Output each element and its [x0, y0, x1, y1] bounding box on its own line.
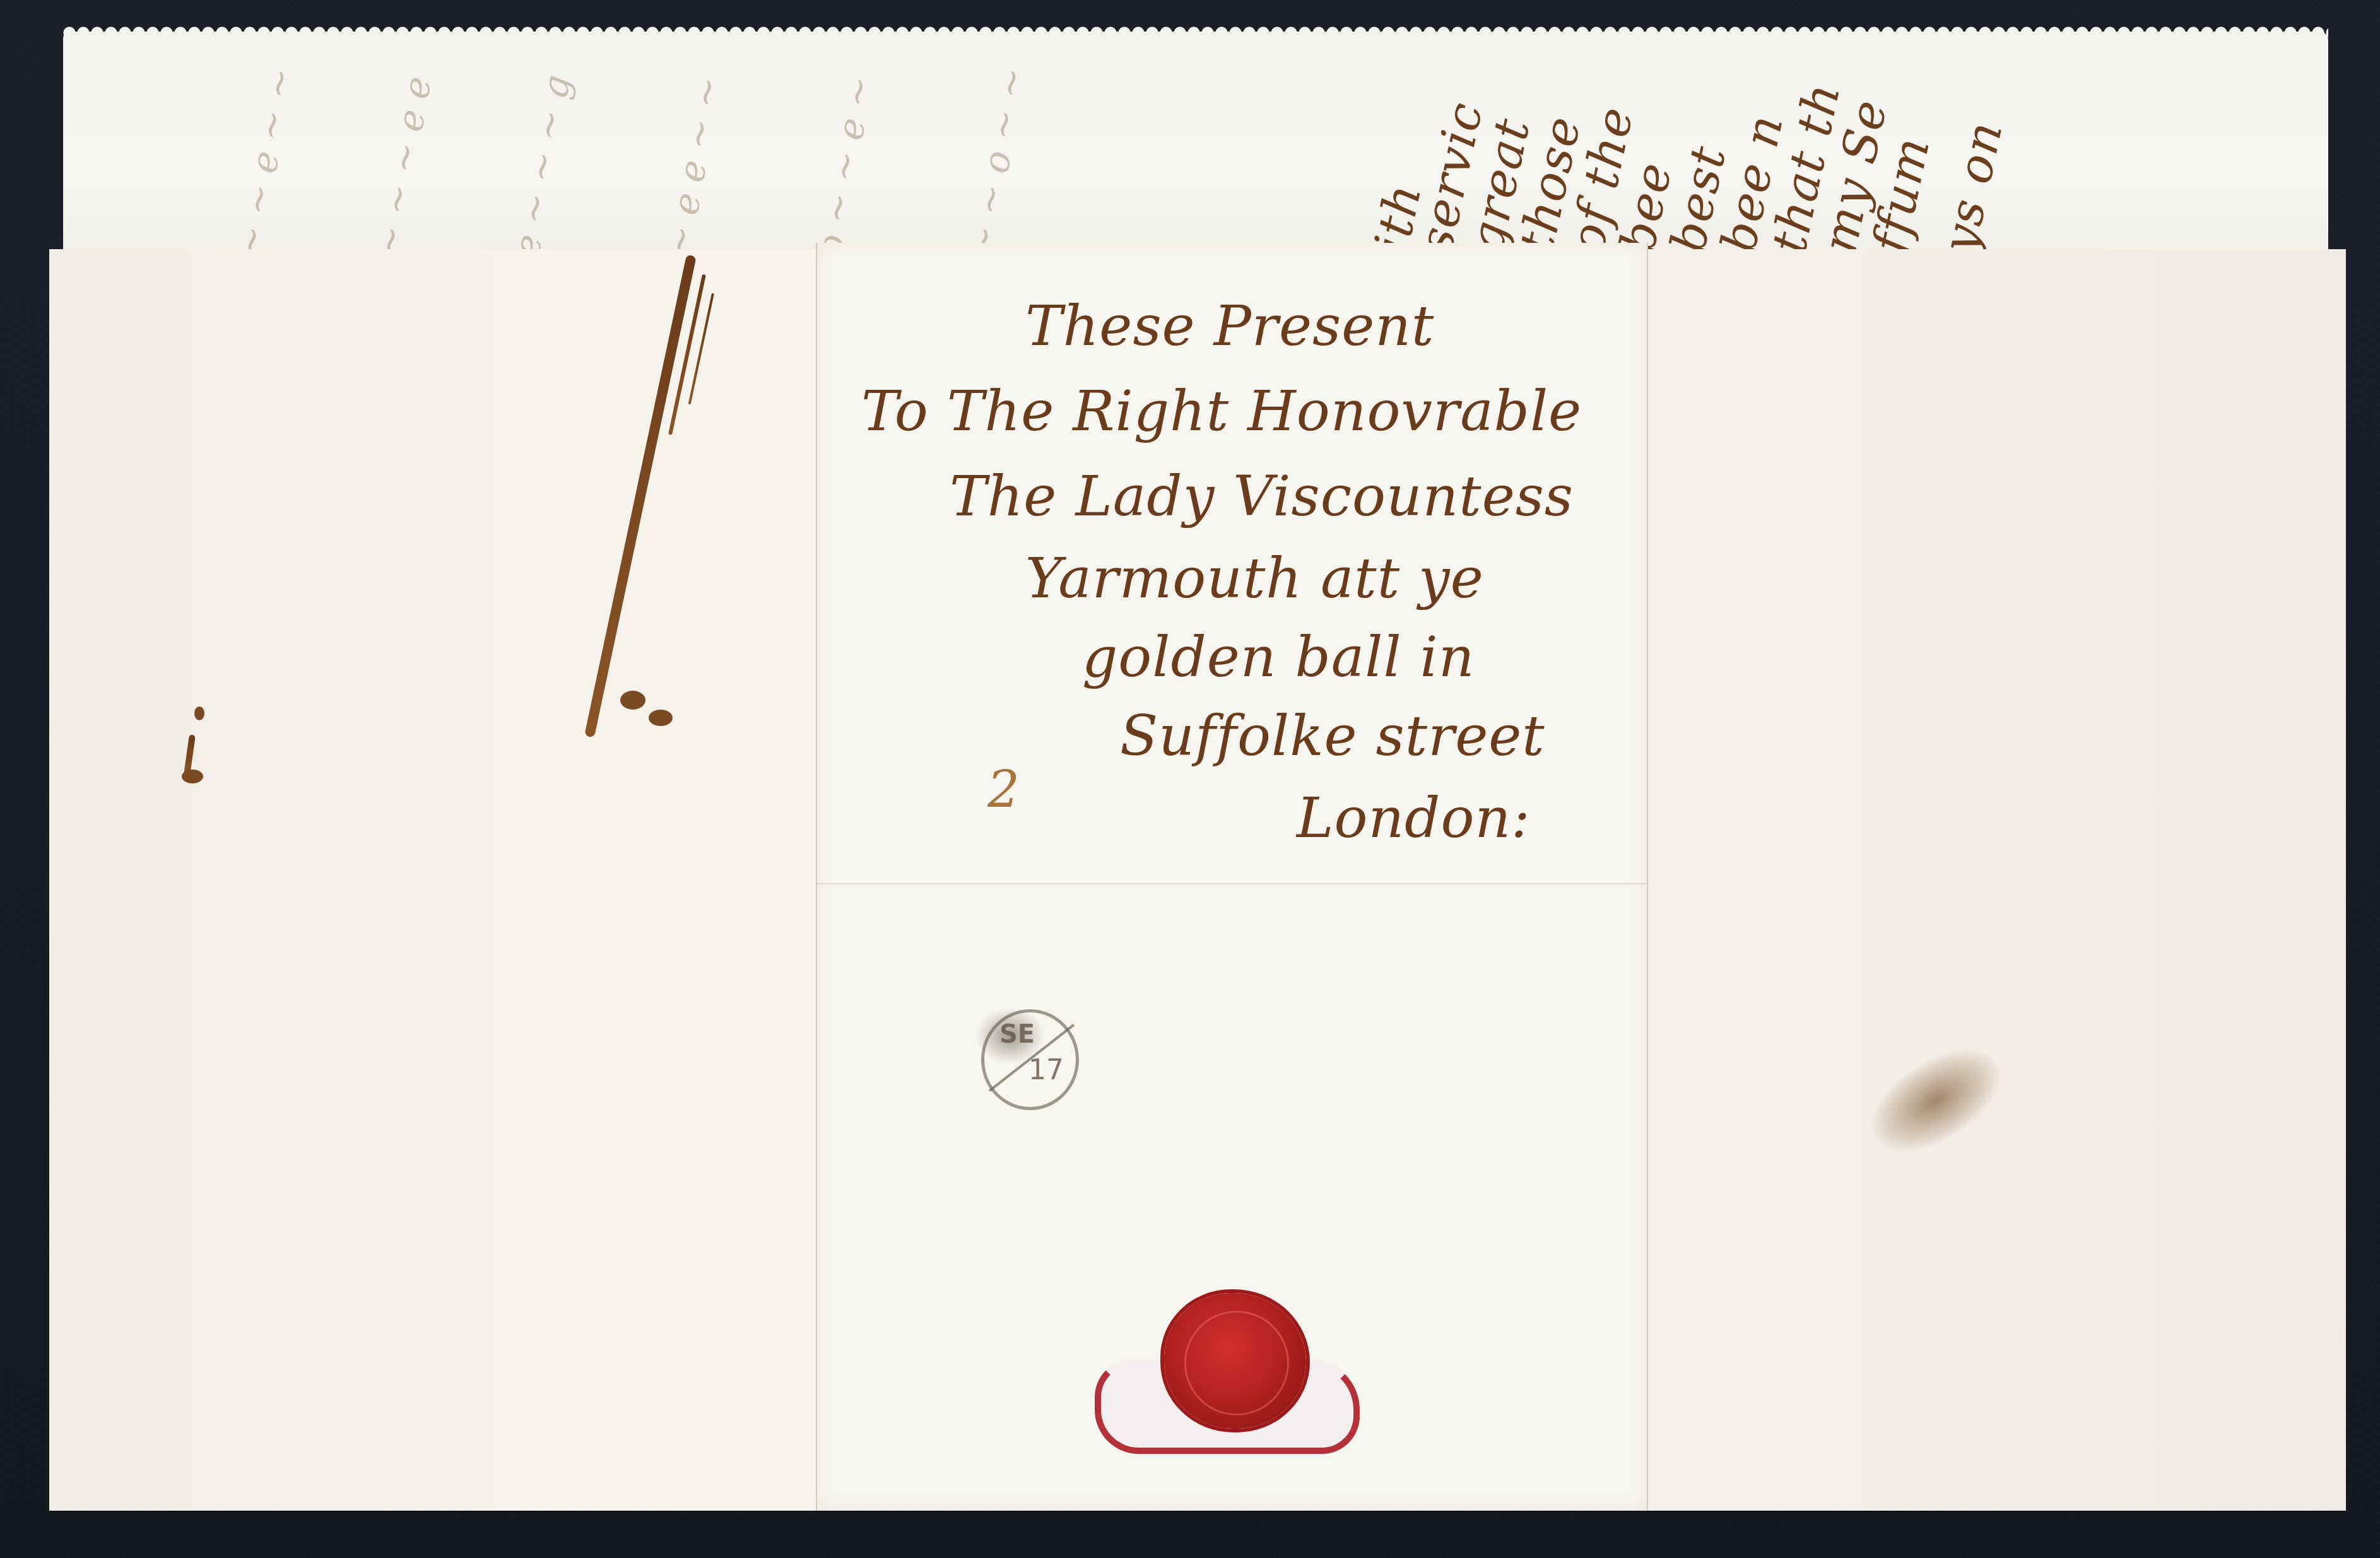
- address-line-superscription: These Present: [1025, 293, 1434, 358]
- address-line-street: Suffolke street: [1120, 703, 1545, 768]
- top-flap-page: ~ ~ e ~ ~ ~ ~ ~ e e e ~ ~ ~ g ~ e e ~ ~ …: [63, 32, 2328, 274]
- postmark-month: SE: [999, 1020, 1035, 1049]
- ink-mark: [194, 706, 204, 720]
- ghost-text-line: e ~ ~ ~ g: [505, 71, 579, 259]
- horizontal-fold-line: [817, 883, 1647, 886]
- ink-mark: [182, 770, 203, 783]
- left-fold-panel: [49, 249, 819, 1511]
- letter-cover: These Present To The Right Honovrable Th…: [49, 249, 2346, 1511]
- ghost-text-line: o ~ ~ e ~: [808, 73, 881, 260]
- flap-text-line: ys on: [1931, 116, 2013, 258]
- address-panel: These Present To The Right Honovrable Th…: [816, 243, 1648, 1511]
- ghost-text-line: ~ e e ~ ~: [656, 73, 730, 260]
- postage-annotation: 2: [987, 760, 1020, 819]
- ink-blot: [620, 691, 645, 710]
- wax-seal-impression: [1164, 1293, 1306, 1429]
- postmark-day: 17: [1028, 1054, 1064, 1086]
- ghost-text-line: ~ ~ o ~ ~: [959, 64, 1035, 260]
- address-line-recipient: The Lady Viscountess: [950, 464, 1574, 529]
- bishop-mark-postmark: SE 17: [981, 1009, 1079, 1110]
- ghost-text-line: ~ ~ ~ e e: [366, 73, 440, 260]
- address-line-location: golden ball in: [1082, 624, 1475, 689]
- ink-blot: [649, 710, 673, 726]
- ghost-text-line: ~ ~ e ~ ~: [227, 64, 302, 260]
- address-line-title: To The Right Honovrable: [861, 378, 1582, 443]
- address-line-recipient-2: Yarmouth att ye: [1025, 546, 1484, 611]
- wax-seal: [1145, 1284, 1328, 1448]
- address-line-city: London:: [1297, 785, 1531, 850]
- ink-stroke: [584, 254, 697, 737]
- ink-stroke: [688, 293, 714, 405]
- right-fold-panel: [1642, 249, 2346, 1511]
